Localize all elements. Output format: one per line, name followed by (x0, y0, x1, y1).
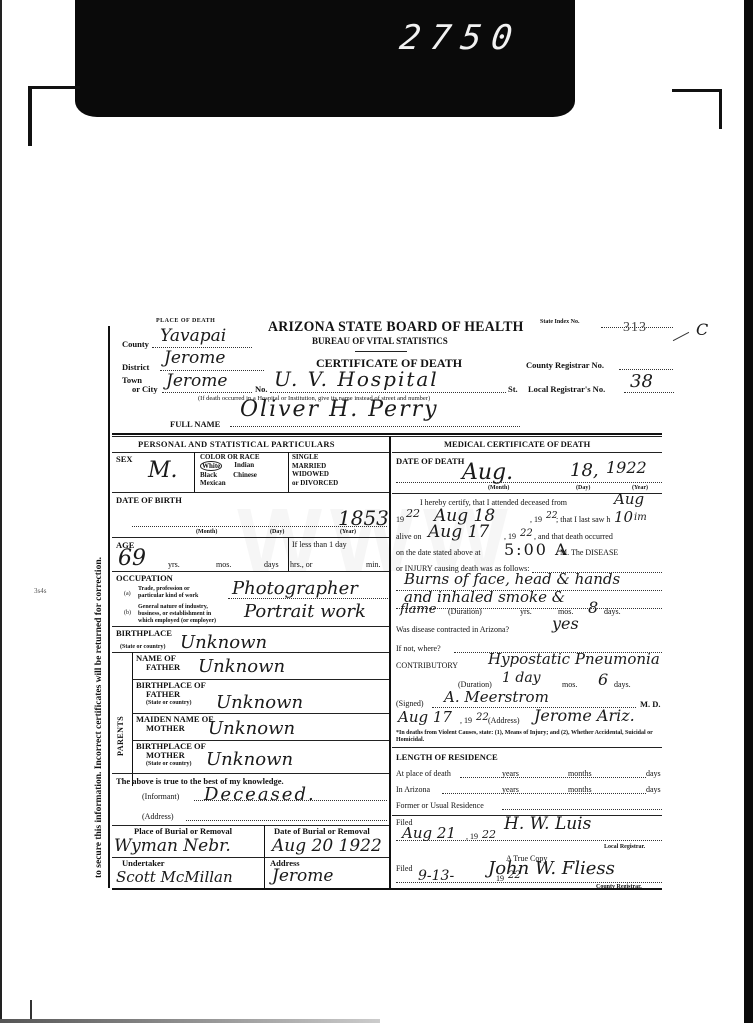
side-instruction: to secure this information. Incorrect ce… (94, 378, 108, 878)
divider (288, 452, 289, 492)
rule (112, 571, 389, 572)
contributory-value: Hypostatic Pneumonia (488, 650, 660, 668)
county-value: Yavapai (160, 326, 226, 346)
mother-birthplace-value: Unknown (206, 749, 293, 770)
age-mos-label: mos. (216, 560, 231, 569)
personal-section-title: PERSONAL AND STATISTICAL PARTICULARS (138, 439, 335, 449)
marital-option: MARRIED (292, 462, 338, 471)
certificate-title: CERTIFICATE OF DEATH (316, 356, 462, 371)
header-rule-1 (112, 433, 662, 435)
crop-mark-top-right (672, 89, 722, 92)
race-option: Mexican (200, 479, 284, 487)
father-name-value: Unknown (198, 656, 285, 677)
divider (194, 452, 195, 492)
mother-maiden-label: MAIDEN NAME OF MOTHER (136, 715, 213, 733)
crop-mark-top-left-vertical (28, 86, 32, 146)
undertaker-label: Undertaker (122, 858, 165, 868)
contrib-days-value: 6 (598, 670, 608, 689)
local-registrar-label: Local Registrar's No. (528, 384, 605, 394)
state-index-value: 313 (623, 320, 647, 336)
less-than-day-label: If less than 1 day (292, 540, 347, 549)
address-label: (Address) (142, 812, 174, 821)
sex-label: SEX (116, 454, 133, 464)
marital-option: SINGLE (292, 453, 338, 462)
frame-counter: 2750 (397, 18, 525, 58)
parents-divider (132, 652, 133, 786)
age-days-label: days (264, 560, 279, 569)
cause-line-3: flame (400, 602, 436, 617)
dod-month-value: Aug. (462, 460, 513, 485)
full-name-label: FULL NAME (170, 419, 220, 429)
dob-day-caption: (Day) (270, 529, 284, 535)
county-registrar-signature: John W. Fliess (488, 858, 615, 879)
title-divider (355, 351, 407, 352)
contracted-value: yes (552, 614, 579, 633)
county-registrar-label: County Registrar No. (526, 360, 604, 370)
signed-date-value: Aug 17 (398, 708, 452, 726)
marital-option-selected: WIDOWED (292, 470, 338, 479)
dod-label: DATE OF DEATH (396, 456, 464, 466)
board-title: ARIZONA STATE BOARD OF HEALTH (268, 319, 524, 336)
full-name-field: Oliver H. Perry (230, 410, 520, 427)
crop-mark-top-left (28, 86, 80, 89)
state-index-label: State Index No. (540, 319, 580, 325)
filed-local-year: 22 (482, 828, 496, 841)
informant-label: (Informant) (142, 792, 179, 801)
parents-label: PARENTS (116, 716, 125, 756)
race-option: Indian (234, 461, 254, 471)
bureau-title: BUREAU OF VITAL STATISTICS (312, 336, 448, 346)
local-registrar-field: 38 (624, 378, 674, 393)
dob-year-value: 1853 (338, 506, 389, 530)
time-value: 5:00 A (504, 540, 569, 559)
burial-place-value: Wyman Nebr. (114, 836, 231, 856)
pronoun-value: im (634, 512, 647, 523)
cause-line-1: Burns of face, head & hands (404, 570, 620, 588)
violent-causes-note: *In deaths from Violent Causes, state: (… (396, 730, 664, 744)
town-value: Jerome (166, 371, 227, 391)
mother-birthplace-label: BIRTHPLACE OF MOTHER (State or country) (136, 742, 206, 769)
alive-on-value: Aug 17 (428, 522, 489, 542)
former-residence-field (502, 809, 662, 810)
medical-section: MEDICAL CERTIFICATE OF DEATH DATE OF DEA… (392, 436, 666, 888)
dod-year-value: 1922 (606, 458, 647, 477)
occupation-a-value: Photographer (232, 578, 358, 599)
race-option: Black (200, 471, 217, 479)
race-label: COLOR OR RACE (200, 453, 284, 461)
county-field: Yavapai (152, 332, 252, 348)
signed-address-value: Jerome Ariz. (534, 706, 635, 725)
personal-section: PERSONAL AND STATISTICAL PARTICULARS SEX… (112, 436, 389, 888)
town-field: Jerome (162, 376, 252, 393)
rule (112, 537, 389, 538)
street-label: St. (508, 384, 518, 394)
full-name-value: Oliver H. Perry (240, 397, 439, 422)
district-field: Jerome (160, 354, 264, 371)
county-registrar-field (619, 360, 673, 370)
center-divider (389, 436, 391, 888)
dod-day-value: 18, (570, 460, 599, 481)
filed-local-date: Aug 21 (402, 824, 456, 842)
birthplace-label: BIRTHPLACE (116, 628, 172, 638)
signed-value: A. Meerstrom (444, 688, 549, 706)
dob-year-caption: (Year) (340, 529, 356, 535)
street-no-label: No. (255, 384, 268, 394)
filed-county-date: 9-13- (418, 868, 454, 884)
death-certificate: to secure this information. Incorrect ce… (96, 318, 706, 888)
burial-date-label: Date of Burial or Removal (274, 826, 370, 836)
bottom-rule (112, 888, 662, 890)
father-name-label: NAME OF FATHER (136, 654, 180, 672)
marital-field: SINGLE MARRIED WIDOWED or DIVORCED (292, 453, 338, 487)
occupation-b-value: Portrait work (244, 601, 366, 622)
local-registrar-value: 38 (630, 371, 653, 392)
attended-from-year: 22 (406, 507, 420, 520)
race-option-selected: White (200, 461, 222, 471)
divider (288, 537, 289, 571)
occupation-a-text: Trade, profession or particular kind of … (138, 586, 198, 600)
min-label: min. (366, 560, 380, 569)
dob-label: DATE OF BIRTH (116, 495, 182, 505)
district-label: District (122, 362, 149, 372)
burial-date-value: Aug 20 1922 (272, 836, 382, 856)
certificate-header: PLACE OF DEATH County Yavapai District J… (112, 318, 706, 433)
local-registrar-signature: H. W. Luis (504, 814, 591, 834)
check-arrow-icon (673, 332, 689, 341)
margin-note: 3s4s (34, 587, 46, 595)
burial-place-label: Place of Burial or Removal (134, 826, 232, 836)
hrs-label: hrs., or (290, 560, 312, 569)
undertaker-address-value: Jerome (272, 866, 333, 886)
informant-value: Deceased. (204, 784, 316, 805)
age-yrs-label: yrs. (168, 560, 180, 569)
race-option: Chinese (233, 471, 257, 479)
rule (112, 492, 389, 493)
occupation-b-text: General nature of industry, business, or… (138, 604, 216, 625)
medical-section-title: MEDICAL CERTIFICATE OF DEATH (444, 439, 590, 449)
mother-maiden-value: Unknown (208, 718, 295, 739)
state-index-mark: C (696, 320, 708, 339)
town-label: Town or City (122, 376, 158, 394)
side-rule (108, 326, 110, 888)
signed-year-value: 22 (476, 712, 489, 723)
marital-option: or DIVORCED (292, 479, 338, 488)
street-no-field: U. V. Hospital (270, 376, 506, 393)
scan-edge-bottom (0, 1019, 380, 1023)
father-birthplace-value: Unknown (216, 692, 303, 713)
place-of-death-label: PLACE OF DEATH (156, 318, 215, 324)
age-value: 69 (118, 546, 146, 571)
duration-days-value: 8 (588, 598, 598, 617)
residence-title: LENGTH OF RESIDENCE (396, 752, 498, 762)
county-label: County (122, 339, 149, 349)
address-field (186, 820, 387, 821)
alive-year-value: 22 (520, 528, 533, 539)
district-value: Jerome (164, 348, 225, 368)
undertaker-value: Scott McMillan (116, 868, 233, 886)
birthplace-value: Unknown (180, 632, 267, 653)
crop-mark-top-right-vertical (719, 89, 722, 129)
contrib-duration-value: 1 day (502, 670, 541, 686)
sex-value: M. (148, 458, 178, 483)
race-field: COLOR OR RACE White Indian Black Chinese… (200, 453, 284, 487)
father-birthplace-label: BIRTHPLACE OF FATHER (State or country) (136, 681, 206, 708)
state-index-field: 313 (601, 318, 673, 328)
dob-month-caption: (Month) (196, 529, 217, 535)
occupation-label: OCCUPATION (116, 573, 173, 583)
rule (112, 626, 389, 627)
